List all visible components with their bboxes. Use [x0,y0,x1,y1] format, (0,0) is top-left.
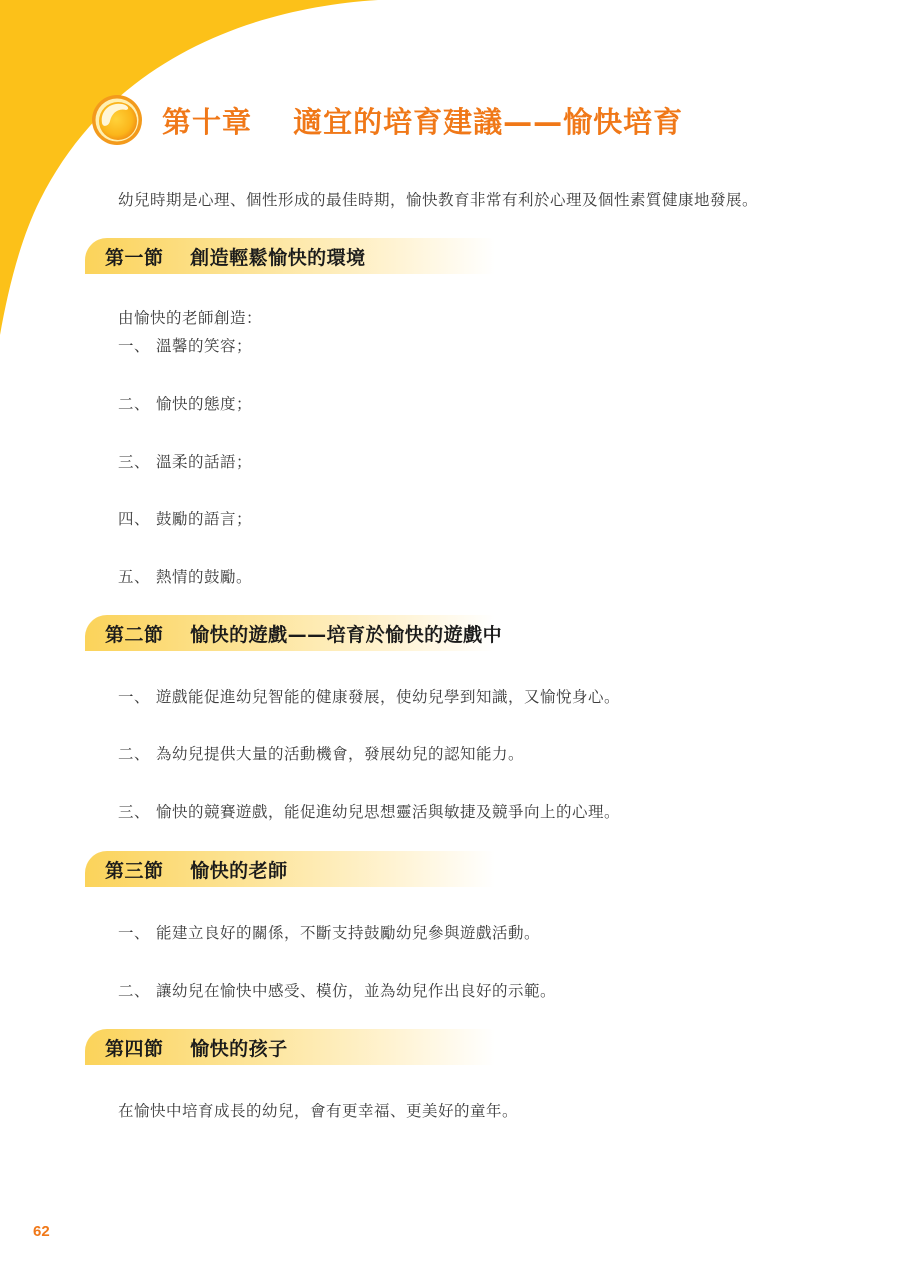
list-text: 愉快的態度； [156,392,252,414]
section-1-lead: 由愉快的老師創造： [118,306,262,328]
list-number: 二、 [118,392,156,414]
list-text: 熱情的鼓勵。 [156,565,252,587]
list-number: 三、 [118,800,156,822]
list-number: 二、 [118,742,156,764]
list-item: 一、 能建立良好的關係，不斷支持鼓勵幼兒參與遊戲活動。 [118,921,540,943]
chapter-header: 第十章 適宜的培育建議——愉快培育 [90,92,683,148]
list-item: 一、 溫馨的笑容； [118,334,252,356]
section-header-1: 第一節 創造輕鬆愉快的環境 [85,238,495,274]
list-item: 四、 鼓勵的語言； [118,507,252,529]
section-header-3: 第三節 愉快的老師 [85,851,495,887]
page-number: 62 [33,1223,50,1240]
section-header-2: 第二節 愉快的遊戲——培育於愉快的遊戲中 [85,615,495,651]
list-text: 能建立良好的關係，不斷支持鼓勵幼兒參與遊戲活動。 [156,921,540,943]
list-item: 二、 愉快的態度； [118,392,252,414]
list-number: 一、 [118,334,156,356]
list-number: 一、 [118,921,156,943]
list-number: 四、 [118,507,156,529]
list-text: 為幼兒提供大量的活動機會，發展幼兒的認知能力。 [156,742,524,764]
list-item: 三、 溫柔的話語； [118,450,252,472]
list-item: 五、 熱情的鼓勵。 [118,565,252,587]
list-text: 鼓勵的語言； [156,507,252,529]
list-number: 一、 [118,685,156,707]
section-title: 第三節 愉快的老師 [105,856,288,883]
list-item: 二、 讓幼兒在愉快中感受、模仿，並為幼兒作出良好的示範。 [118,979,556,1001]
list-text: 溫馨的笑容； [156,334,252,356]
list-item: 二、 為幼兒提供大量的活動機會，發展幼兒的認知能力。 [118,742,524,764]
list-item: 一、 遊戲能促進幼兒智能的健康發展，使幼兒學到知識，又愉悅身心。 [118,685,620,707]
list-item: 三、 愉快的競賽遊戲，能促進幼兒思想靈活與敏捷及競爭向上的心理。 [118,800,620,822]
list-text: 讓幼兒在愉快中感受、模仿，並為幼兒作出良好的示範。 [156,979,556,1001]
orange-orb-icon [90,93,144,147]
section-title: 第四節 愉快的孩子 [105,1034,288,1061]
section-title: 第一節 創造輕鬆愉快的環境 [105,243,366,270]
intro-paragraph: 幼兒時期是心理、個性形成的最佳時期，愉快教育非常有利於心理及個性素質健康地發展。 [118,188,758,210]
section-header-4: 第四節 愉快的孩子 [85,1029,495,1065]
list-number: 五、 [118,565,156,587]
list-number: 三、 [118,450,156,472]
section-title: 第二節 愉快的遊戲——培育於愉快的遊戲中 [105,620,502,647]
section-4-body: 在愉快中培育成長的幼兒，會有更幸福、更美好的童年。 [118,1099,518,1121]
list-number: 二、 [118,979,156,1001]
list-text: 溫柔的話語； [156,450,252,472]
chapter-title: 第十章 適宜的培育建議——愉快培育 [162,100,683,141]
list-text: 愉快的競賽遊戲，能促進幼兒思想靈活與敏捷及競爭向上的心理。 [156,800,620,822]
list-text: 遊戲能促進幼兒智能的健康發展，使幼兒學到知識，又愉悅身心。 [156,685,620,707]
